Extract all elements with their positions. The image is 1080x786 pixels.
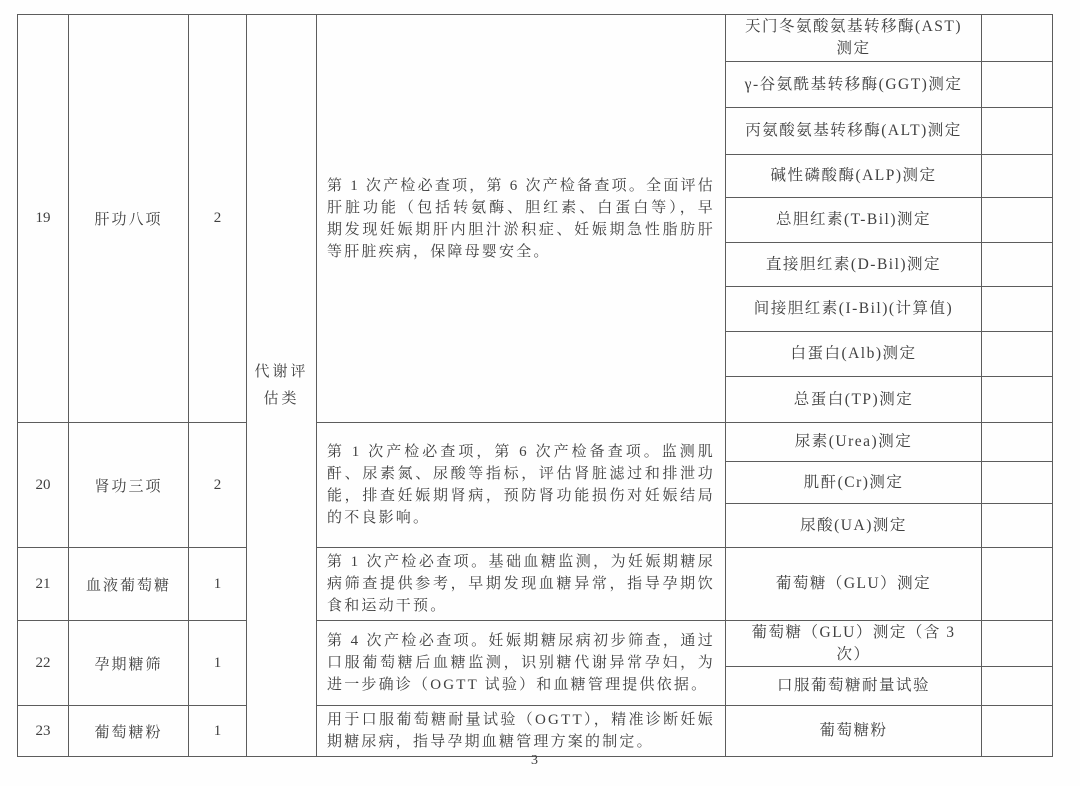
count-cell: 1: [189, 548, 247, 621]
item-name-cell: 孕期糖筛: [69, 621, 189, 706]
prenatal-items-table: 19 肝功八项 2 代谢评估类 第 1 次产检必查项，第 6 次产检备查项。全面…: [17, 14, 1053, 757]
description-cell: 第 1 次产检必查项，第 6 次产检备查项。监测肌酐、尿素氮、尿酸等指标，评估肾…: [317, 423, 726, 548]
subitem-cell: 葡萄糖粉: [726, 706, 982, 757]
item-name-cell: 血液葡萄糖: [69, 548, 189, 621]
subitem-cell: 直接胆红素(D-Bil)测定: [726, 243, 982, 287]
subitem-cell: 天门冬氨酸氨基转移酶(AST)测定: [726, 15, 982, 62]
description-cell: 第 4 次产检必查项。妊娠期糖尿病初步筛查，通过口服葡萄糖后血糖监测，识别糖代谢…: [317, 621, 726, 706]
value-cell: [982, 62, 1053, 108]
subitem-cell: 白蛋白(Alb)测定: [726, 332, 982, 377]
value-cell: [982, 15, 1053, 62]
value-cell: [982, 621, 1053, 667]
count-cell: 1: [189, 706, 247, 757]
count-cell: 2: [189, 423, 247, 548]
value-cell: [982, 332, 1053, 377]
subitem-cell: 丙氨酸氨基转移酶(ALT)测定: [726, 108, 982, 155]
value-cell: [982, 667, 1053, 706]
value-cell: [982, 108, 1053, 155]
row-number-cell: 19: [18, 15, 69, 423]
item-name-cell: 葡萄糖粉: [69, 706, 189, 757]
description-cell: 第 1 次产检必查项，第 6 次产检备查项。全面评估肝脏功能（包括转氨酶、胆红素…: [317, 15, 726, 423]
value-cell: [982, 287, 1053, 332]
row-number-cell: 22: [18, 621, 69, 706]
description-cell: 用于口服葡萄糖耐量试验（OGTT），精准诊断妊娠期糖尿病，指导孕期血糖管理方案的…: [317, 706, 726, 757]
category-cell: 代谢评估类: [247, 15, 317, 757]
count-cell: 2: [189, 15, 247, 423]
item-name-cell: 肾功三项: [69, 423, 189, 548]
value-cell: [982, 706, 1053, 757]
value-cell: [982, 462, 1053, 504]
subitem-cell: 尿酸(UA)测定: [726, 504, 982, 548]
value-cell: [982, 504, 1053, 548]
subitem-cell: 总胆红素(T-Bil)测定: [726, 198, 982, 243]
value-cell: [982, 243, 1053, 287]
value-cell: [982, 198, 1053, 243]
row-number-cell: 23: [18, 706, 69, 757]
row-number-cell: 21: [18, 548, 69, 621]
page-number: 3: [17, 753, 1052, 769]
value-cell: [982, 155, 1053, 198]
subitem-cell: 尿素(Urea)测定: [726, 423, 982, 462]
subitem-cell: 口服葡萄糖耐量试验: [726, 667, 982, 706]
row-number-cell: 20: [18, 423, 69, 548]
document-page: 19 肝功八项 2 代谢评估类 第 1 次产检必查项，第 6 次产检备查项。全面…: [0, 0, 1080, 786]
subitem-cell: 间接胆红素(I-Bil)(计算值): [726, 287, 982, 332]
description-cell: 第 1 次产检必查项。基础血糖监测，为妊娠期糖尿病筛查提供参考，早期发现血糖异常…: [317, 548, 726, 621]
subitem-cell: 肌酐(Cr)测定: [726, 462, 982, 504]
subitem-cell: 碱性磷酸酶(ALP)测定: [726, 155, 982, 198]
value-cell: [982, 423, 1053, 462]
subitem-cell: 葡萄糖（GLU）测定（含 3 次）: [726, 621, 982, 667]
subitem-cell: γ-谷氨酰基转移酶(GGT)测定: [726, 62, 982, 108]
item-name-cell: 肝功八项: [69, 15, 189, 423]
subitem-cell: 葡萄糖（GLU）测定: [726, 548, 982, 621]
count-cell: 1: [189, 621, 247, 706]
value-cell: [982, 548, 1053, 621]
value-cell: [982, 377, 1053, 423]
subitem-cell: 总蛋白(TP)测定: [726, 377, 982, 423]
